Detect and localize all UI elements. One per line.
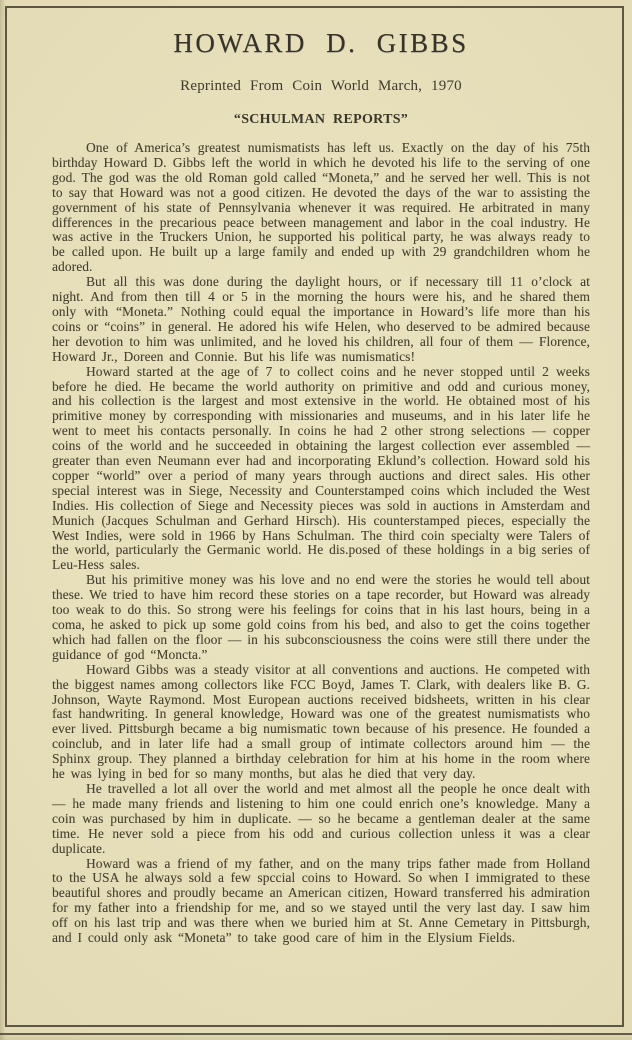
article-body: One of America’s greatest numismatists h…: [52, 141, 590, 946]
scanned-page: HOWARD D. GIBBS Reprinted From Coin Worl…: [0, 0, 632, 1040]
paragraph-4: But his primitive money was his love and…: [52, 573, 590, 662]
paragraph-7: Howard was a friend of my father, and on…: [52, 857, 590, 946]
paragraph-1: One of America’s greatest numismatists h…: [52, 141, 590, 275]
section-heading: “SCHULMAN REPORTS”: [52, 112, 590, 128]
article: HOWARD D. GIBBS Reprinted From Coin Worl…: [52, 28, 590, 946]
paragraph-2: But all this was done during the dayligh…: [52, 275, 590, 364]
paragraph-5: Howard Gibbs was a steady visitor at all…: [52, 663, 590, 782]
page-title: HOWARD D. GIBBS: [52, 28, 590, 59]
reprint-source: Reprinted From Coin World March, 1970: [52, 78, 590, 95]
paragraph-6: He travelled a lot all over the world an…: [52, 782, 590, 857]
paragraph-3: Howard started at the age of 7 to collec…: [52, 365, 590, 574]
bottom-scan-rule: [0, 1033, 632, 1035]
